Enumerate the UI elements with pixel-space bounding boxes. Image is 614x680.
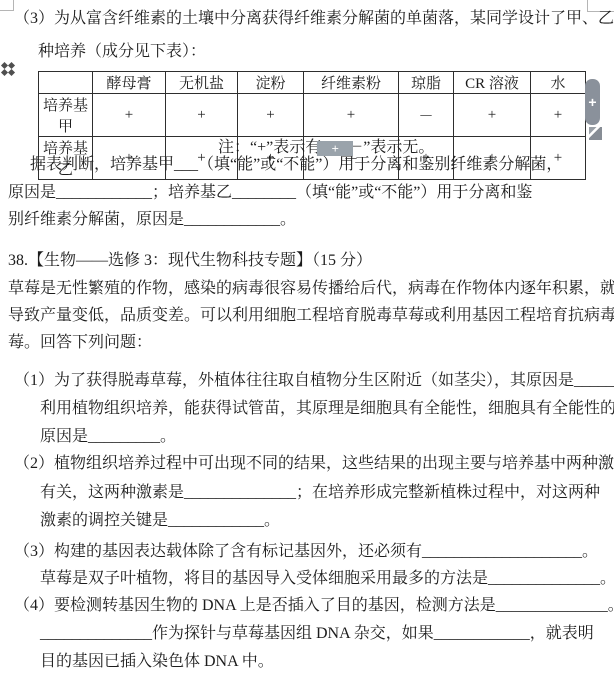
row-label: 培养基甲 — [39, 94, 93, 137]
scanned-exam-page: （3）为从富含纤维素的土壤中分离获得纤维素分解菌的单菌落，某同学设计了甲、乙两 … — [0, 0, 614, 680]
q38-item4-line1: （4）要检测转基因生物的 DNA 上是否插入了目的基因，检测方法是_______… — [14, 596, 614, 615]
cell: + — [238, 94, 304, 137]
drag-plus-badge: + — [317, 141, 353, 156]
header-cell: 琼脂 — [399, 72, 454, 94]
header-cell: CR 溶液 — [454, 72, 531, 94]
q38-item2-line3: 激素的调控关键是____________。 — [40, 511, 280, 530]
q38-item3-line2: 草莓是双子叶植物，将目的基因导入受体细胞采用最多的方法是____________… — [40, 569, 614, 588]
table-move-handle-icon[interactable] — [1, 62, 15, 76]
table-add-handle-button[interactable]: + — [585, 79, 600, 125]
table-note: 注：“+”表示有+－”表示无。 — [218, 134, 434, 157]
header-cell: 水 — [531, 72, 586, 94]
q38-item2-line1: （2）植物组织培养过程中可出现不同的结果，这些结果的出现主要与培养基中两种激素 — [14, 454, 614, 473]
cell: － — [399, 94, 454, 137]
q3-line2: 种培养（成分见下表）： — [38, 42, 206, 61]
header-cell: 酵母膏 — [93, 72, 166, 94]
q38-item1-line1: （1）为了获得脱毒草莓，外植体往往取自植物分生区附近（如茎尖），其原因是____… — [14, 371, 614, 390]
q38-item4-line3: 目的基因已插入染色体 DNA 中。 — [40, 652, 274, 671]
header-cell — [39, 72, 93, 94]
header-cell: 无机盐 — [166, 72, 238, 94]
q3-line1: （3）为从富含纤维素的土壤中分离获得纤维素分解菌的单菌落，某同学设计了甲、乙两 — [14, 9, 614, 28]
cell: + — [93, 94, 166, 137]
q38-item1-line2: 利用植物组织培养，能获得试管苗，其原理是细胞具有全能性，细胞具有全能性的 — [40, 399, 614, 418]
table-header-row: 酵母膏 无机盐 淀粉 纤维素粉 琼脂 CR 溶液 水 — [39, 72, 586, 94]
table-row: 培养基甲 + + + + － + + — [39, 94, 586, 137]
header-cell: 纤维素粉 — [304, 72, 399, 94]
q38-item2-line2: 有关，这两种激素是______________；在培养形成完整新植株过程中，对这… — [40, 483, 600, 502]
q3-para3: 别纤维素分解菌，原因是____________。 — [8, 210, 296, 229]
page-corner-mark-top-left — [0, 0, 14, 11]
note-suffix: －”表示无。 — [347, 139, 434, 156]
q38-intro1: 草莓是无性繁殖的作物，感染的病毒很容易传播给后代，病毒在作物体内逐年积累，就会 — [8, 279, 614, 298]
q38-heading: 38.【生物——选修 3：现代生物科技专题】（15 分） — [8, 251, 372, 270]
q38-item3-line1: （3）构建的基因表达载体除了含有标记基因外，还必须有______________… — [14, 542, 598, 561]
q3-para2: 原因是____________；培养基乙________（填“能”或“不能”）用… — [8, 183, 532, 202]
cell: + — [454, 94, 531, 137]
q38-item4-line2: ______________作为探针与草莓基因组 DNA 杂交，如果______… — [40, 624, 594, 643]
note-prefix: 注：“+”表示有 — [218, 139, 321, 156]
header-cell: 淀粉 — [238, 72, 304, 94]
cell: + — [166, 94, 238, 137]
q3-para1: 据表判断，培养基甲___（填“能”或“不能”）用于分离和鉴别纤维素分解菌， — [30, 155, 562, 174]
q38-item1-line3: 原因是_________。 — [40, 427, 176, 446]
q38-intro2: 导致产量变低，品质变差。可以利用细胞工程培育脱毒草莓或利用基因工程培育抗病毒草 — [8, 306, 614, 325]
table-resize-icon[interactable] — [589, 127, 602, 140]
plus-icon: + — [588, 94, 596, 110]
cell: + — [304, 94, 399, 137]
cell: + — [531, 94, 586, 137]
q38-intro3: 莓。回答下列问题： — [8, 333, 152, 352]
